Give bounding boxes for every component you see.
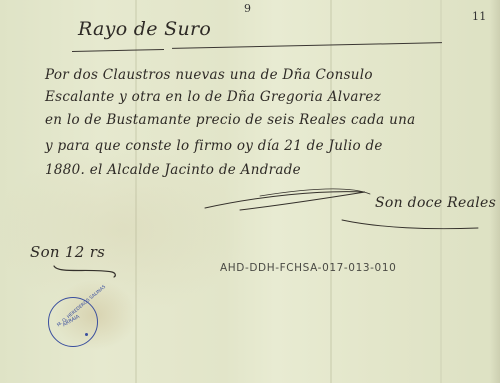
body-line-3: en lo de Bustamante precio de seis Reale…: [45, 112, 415, 128]
amount-in-words: Son doce Reales: [375, 195, 496, 211]
body-line-2: Escalante y otra en lo de Dña Gregoria A…: [45, 89, 381, 105]
document-title: Rayo de Suro: [78, 18, 211, 40]
title-underline: [172, 42, 442, 49]
body-line-5: 1880. el Alcalde Jacinto de Andrade: [45, 162, 301, 178]
page-number-center: 9: [244, 2, 251, 15]
paper-fold-line: [440, 0, 442, 383]
body-line-1: Por dos Claustros nuevas una de Dña Cons…: [45, 67, 373, 83]
signature-flourish-icon: [200, 186, 380, 216]
amount-total: Son 12 rs: [30, 243, 105, 261]
document-scan: 9 11 Rayo de Suro Por dos Claustros nuev…: [0, 0, 500, 383]
paper-edge: [490, 0, 500, 383]
paper-fold-line: [135, 0, 137, 383]
body-line-4: y para que conste lo firmo oy día 21 de …: [45, 138, 383, 154]
total-underline-icon: [50, 262, 120, 278]
page-number-top-right: 11: [472, 10, 487, 23]
stamp-dot-icon: [85, 333, 88, 336]
archive-reference-code: AHD-DDH-FCHSA-017-013-010: [220, 262, 396, 274]
title-underline: [72, 49, 164, 52]
ink-stamp: M. O. HEREDEROS SALINAS ARRAIA: [48, 297, 98, 347]
signoff-underline-icon: [340, 218, 480, 232]
